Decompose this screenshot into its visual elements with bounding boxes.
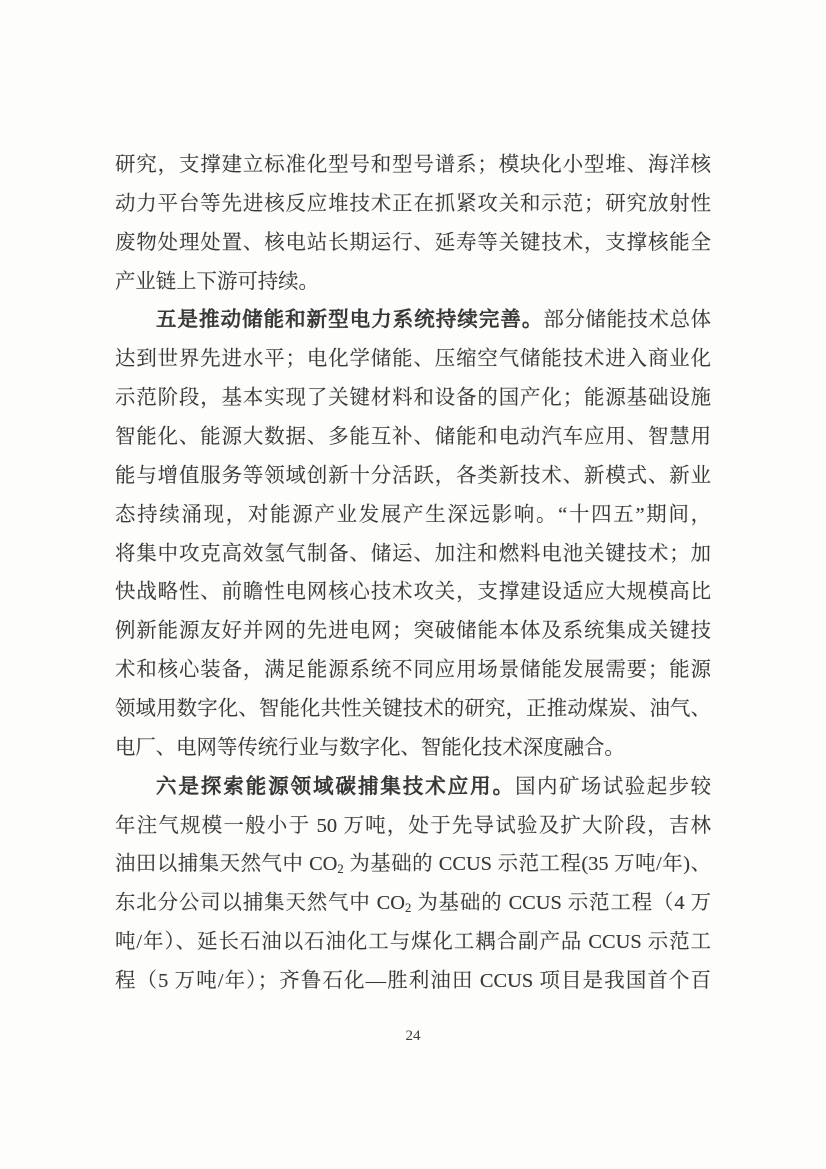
text-line: 吨/年）、延长石油以石油化工与煤化工耦合副产品 CCUS 示范工 [115,923,711,962]
document-body: 研究，支撑建立标准化型号和型号谱系；模块化小型堆、海洋核动力平台等先进核反应堆技… [115,146,711,1001]
document-page: 研究，支撑建立标准化型号和型号谱系；模块化小型堆、海洋核动力平台等先进核反应堆技… [0,0,826,1169]
text-line: 油田以捕集天然气中 CO2 为基础的 CCUS 示范工程(35 万吨/年)、 [115,845,711,884]
body-text: 为基础的 CCUS 示范工程(35 万吨/年)、 [344,853,711,875]
body-text: 例新能源友好并网的先进电网；突破储能本体及系统集成关键技 [115,620,711,642]
text-line: 智能化、能源大数据、多能互补、储能和电动汽车应用、智慧用 [115,418,711,457]
text-line: 动力平台等先进核反应堆技术正在抓紧攻关和示范；研究放射性 [115,185,711,224]
body-text: 油田以捕集天然气中 CO [115,853,337,875]
body-text: 术和核心装备，满足能源系统不同应用场景储能发展需要；能源 [115,659,711,681]
page-number: 24 [0,1028,826,1045]
text-line: 产业链上下游可持续。 [115,263,711,302]
body-text: 能与增值服务等领域创新十分活跃，各类新技术、新模式、新业 [115,465,711,487]
body-text: 将集中攻克高效氢气制备、储运、加注和燃料电池关键技术；加 [115,543,711,565]
body-text: 产业链上下游可持续。 [115,271,319,293]
text-line: 例新能源友好并网的先进电网；突破储能本体及系统集成关键技 [115,612,711,651]
body-text: 部分储能技术总体 [543,309,711,331]
body-text: 吨/年）、延长石油以石油化工与煤化工耦合副产品 CCUS 示范工 [115,931,711,953]
body-text: 研究，支撑建立标准化型号和型号谱系；模块化小型堆、海洋核 [115,154,711,176]
body-text: 电厂、电网等传统行业与数字化、智能化技术深度融合。 [115,737,625,759]
body-text: 为基础的 CCUS 示范工程（4 万 [411,892,711,914]
emphasis-text: 五是推动储能和新型电力系统持续完善。 [156,309,543,331]
body-text: 东北分公司以捕集天然气中 CO [115,892,405,914]
body-text: 达到世界先进水平；电化学储能、压缩空气储能技术进入商业化 [115,348,711,370]
text-line: 五是推动储能和新型电力系统持续完善。部分储能技术总体 [115,301,711,340]
text-line: 将集中攻克高效氢气制备、储运、加注和燃料电池关键技术；加 [115,535,711,574]
text-line: 东北分公司以捕集天然气中 CO2 为基础的 CCUS 示范工程（4 万 [115,884,711,923]
text-line: 领域用数字化、智能化共性关键技术的研究，正推动煤炭、油气、 [115,690,711,729]
text-line: 态持续涌现，对能源产业发展产生深远影响。“十四五”期间， [115,496,711,535]
body-text: 示范阶段，基本实现了关键材料和设备的国产化；能源基础设施 [115,387,711,409]
body-text: 废物处理处置、核电站长期运行、延寿等关键技术，支撑核能全 [115,232,711,254]
text-line: 研究，支撑建立标准化型号和型号谱系；模块化小型堆、海洋核 [115,146,711,185]
body-text: 年注气规模一般小于 50 万吨，处于先导试验及扩大阶段，吉林 [115,815,711,837]
body-text: 领域用数字化、智能化共性关键技术的研究，正推动煤炭、油气、 [115,698,711,720]
text-line: 术和核心装备，满足能源系统不同应用场景储能发展需要；能源 [115,651,711,690]
body-text: 智能化、能源大数据、多能互补、储能和电动汽车应用、智慧用 [115,426,711,448]
emphasis-text: 六是探索能源领域碳捕集技术应用。 [156,776,515,798]
text-line: 能与增值服务等领域创新十分活跃，各类新技术、新模式、新业 [115,457,711,496]
text-line: 六是探索能源领域碳捕集技术应用。国内矿场试验起步较晚， [115,768,711,807]
text-line: 程（5 万吨/年）；齐鲁石化—胜利油田 CCUS 项目是我国首个百 [115,962,711,1001]
body-text: 态持续涌现，对能源产业发展产生深远影响。“十四五”期间， [115,504,711,526]
body-text: 动力平台等先进核反应堆技术正在抓紧攻关和示范；研究放射性 [115,193,711,215]
body-text: 快战略性、前瞻性电网核心技术攻关，支撑建设适应大规模高比 [115,581,711,603]
text-line: 年注气规模一般小于 50 万吨，处于先导试验及扩大阶段，吉林 [115,807,711,846]
text-line: 达到世界先进水平；电化学储能、压缩空气储能技术进入商业化 [115,340,711,379]
body-text: 程（5 万吨/年）；齐鲁石化—胜利油田 CCUS 项目是我国首个百 [115,970,711,992]
text-line: 电厂、电网等传统行业与数字化、智能化技术深度融合。 [115,729,711,768]
text-line: 示范阶段，基本实现了关键材料和设备的国产化；能源基础设施 [115,379,711,418]
text-line: 快战略性、前瞻性电网核心技术攻关，支撑建设适应大规模高比 [115,573,711,612]
text-line: 废物处理处置、核电站长期运行、延寿等关键技术，支撑核能全 [115,224,711,263]
